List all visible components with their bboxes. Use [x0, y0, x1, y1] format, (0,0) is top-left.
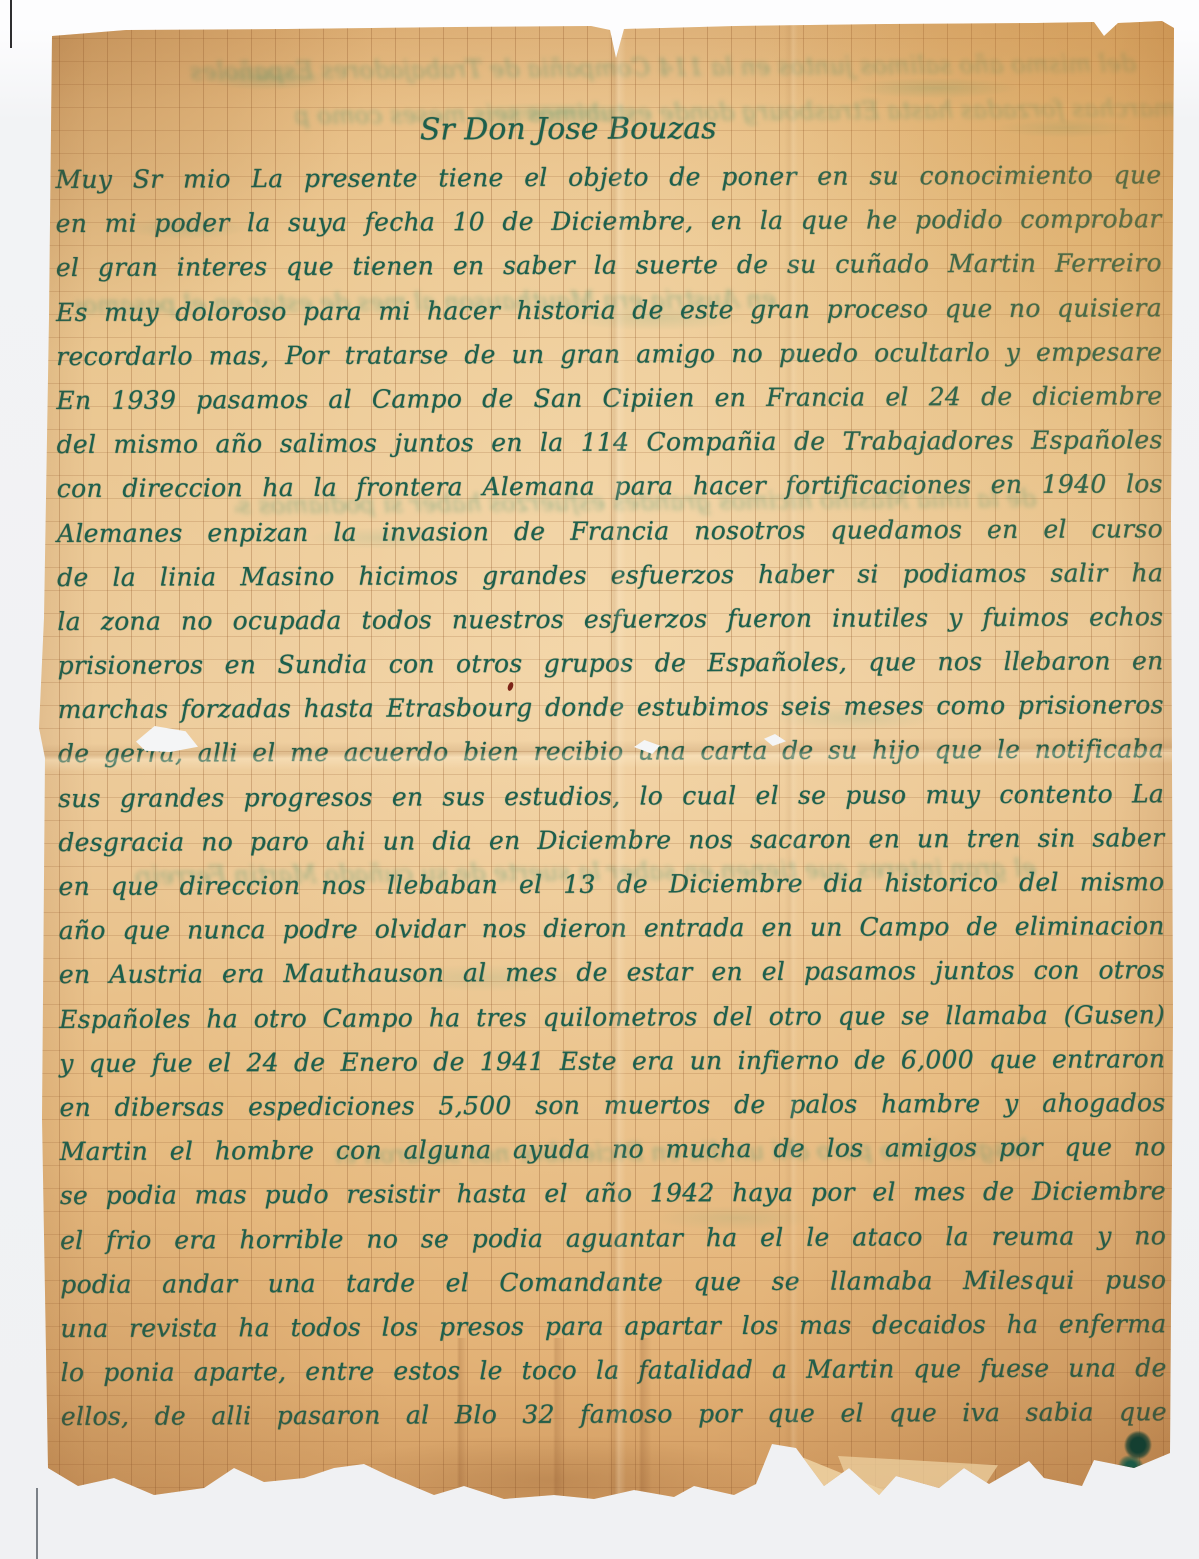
- scanned-letter-page: del mismo año salimos juntos en la 114 C…: [0, 0, 1199, 1559]
- vertical-fold: [784, 18, 798, 1510]
- letter-title: Sr Don Jose Bouzas: [15, 101, 1121, 158]
- stain-streaks: [436, 1338, 696, 1498]
- vertical-fold: [608, 18, 626, 1510]
- scanner-edge-artifact: [36, 1488, 38, 1559]
- letter-paper: del mismo año salimos juntos en la 114 C…: [36, 18, 1176, 1510]
- scanner-edge-artifact: [10, 0, 12, 48]
